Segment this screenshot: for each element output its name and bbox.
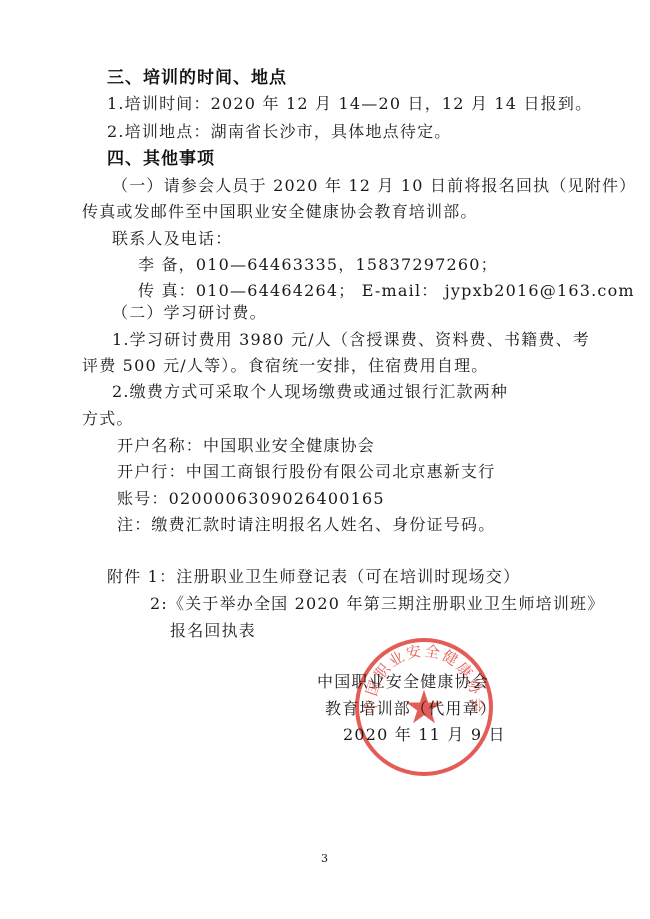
section-four-heading: 四、其他事项 <box>107 149 215 169</box>
payment-note: 注：缴费汇款时请注明报名人姓名、身份证号码。 <box>117 515 495 535</box>
bank-name: 开户行：中国工商银行股份有限公司北京惠新支行 <box>117 462 495 482</box>
signature-organization: 中国职业安全健康协会 <box>317 672 489 692</box>
fees-heading: （二）学习研讨费。 <box>112 303 267 323</box>
training-time: 1.培训时间：2020 年 12 月 14—20 日，12 月 14 日报到。 <box>107 94 592 114</box>
fee-item2-line1: 2.缴费方式可采取个人现场缴费或通过银行汇款两种 <box>112 382 508 402</box>
registration-instruction-line2: 传真或发邮件至中国职业安全健康协会教育培训部。 <box>82 202 478 222</box>
training-location: 2.培训地点：湖南省长沙市，具体地点待定。 <box>107 122 451 142</box>
signature-department: 教育培训部（代用章） <box>325 699 497 719</box>
fee-item2-line2: 方式。 <box>82 409 134 429</box>
signature-date: 2020 年 11 月 9 日 <box>343 725 506 745</box>
registration-instruction-line1: （一）请参会人员于 2020 年 12 月 10 日前将报名回执（见附件） <box>112 176 636 196</box>
account-name: 开户名称：中国职业安全健康协会 <box>117 436 375 456</box>
attachment-2-line2: 报名回执表 <box>170 621 256 641</box>
attachment-1: 附件 1：注册职业卫生师登记表（可在培训时现场交） <box>107 567 520 587</box>
contact-person: 李 备，010—64463335，15837297260； <box>138 255 498 275</box>
contacts-label: 联系人及电话： <box>112 229 232 249</box>
fax-email: 传 真：010—64464264； E-mail： jypxb2016@163.… <box>138 281 635 301</box>
document-page: 三、培训的时间、地点 1.培训时间：2020 年 12 月 14—20 日，12… <box>0 0 650 919</box>
fee-item1-line1: 1.学习研讨费用 3980 元/人（含授课费、资料费、书籍费、考 <box>112 330 590 350</box>
fee-item1-line2: 评费 500 元/人等）。食宿统一安排，住宿费用自理。 <box>82 356 489 376</box>
page-number: 3 <box>321 852 328 865</box>
section-three-heading: 三、培训的时间、地点 <box>107 68 287 88</box>
attachment-2-line1: 2:《关于举办全国 2020 年第三期注册职业卫生师培训班》 <box>150 594 604 614</box>
account-number: 账号：0200006309026400165 <box>117 489 385 509</box>
